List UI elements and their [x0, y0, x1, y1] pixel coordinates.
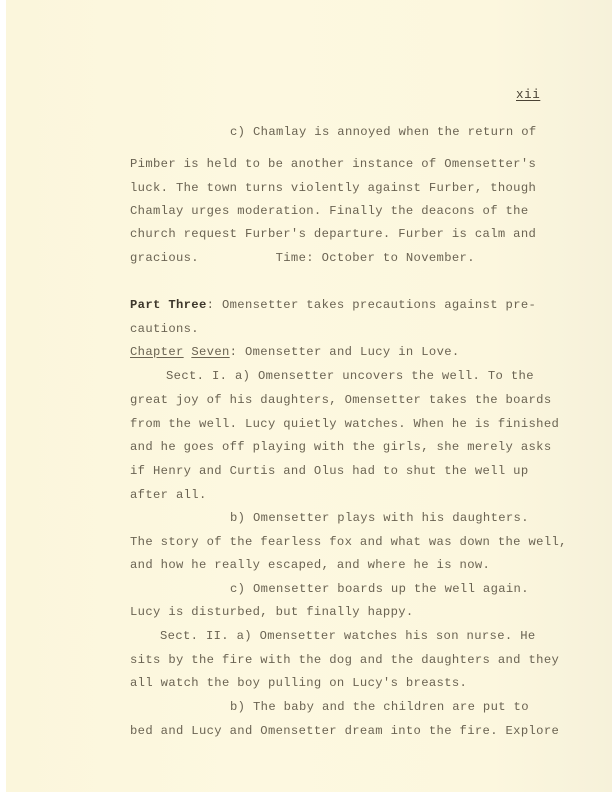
text-line: c) Omensetter boards up the well again.: [230, 582, 529, 596]
text-line: church request Furber's departure. Furbe…: [130, 227, 536, 241]
chapter-heading-line: Chapter Seven: Omensetter and Lucy in Lo…: [130, 345, 460, 359]
text-line: luck. The town turns violently against F…: [130, 181, 536, 195]
scan-margin: [0, 0, 6, 800]
part-heading-text: Omensetter takes precautions against pre…: [222, 298, 536, 312]
text-line: if Henry and Curtis and Olus had to shut…: [130, 464, 529, 478]
text-line: after all.: [130, 488, 207, 502]
page-number: xii: [516, 88, 540, 102]
text-line: cautions.: [130, 322, 199, 336]
text-line: from the well. Lucy quietly watches. Whe…: [130, 417, 559, 431]
text-line: great joy of his daughters, Omensetter t…: [130, 393, 552, 407]
text-line: Lucy is disturbed, but finally happy.: [130, 605, 414, 619]
text-line: and he goes off playing with the girls, …: [130, 440, 552, 454]
text-line: Chamlay urges moderation. Finally the de…: [130, 204, 529, 218]
text-line: bed and Lucy and Omensetter dream into t…: [130, 724, 559, 738]
chapter-heading-word: Chapter: [130, 345, 184, 359]
text-line: and how he really escaped, and where he …: [130, 558, 490, 572]
text-line: sits by the fire with the dog and the da…: [130, 653, 559, 667]
text-line: The story of the fearless fox and what w…: [130, 535, 567, 549]
text-line: Sect. II. a) Omensetter watches his son …: [160, 629, 536, 643]
text-line: all watch the boy pulling on Lucy's brea…: [130, 676, 467, 690]
part-heading-line: Part Three: Omensetter takes precautions…: [130, 298, 536, 312]
text-line: b) The baby and the children are put to: [230, 700, 529, 714]
text-line: Sect. I. a) Omensetter uncovers the well…: [166, 369, 534, 383]
text-line: Pimber is held to be another instance of…: [130, 157, 536, 171]
text-line: gracious. Time: October to November.: [130, 251, 475, 265]
chapter-heading-text: : Omensetter and Lucy in Love.: [230, 345, 460, 359]
chapter-heading-number: Seven: [191, 345, 229, 359]
text-line: c) Chamlay is annoyed when the return of: [230, 125, 537, 139]
text-line: b) Omensetter plays with his daughters.: [230, 511, 529, 525]
part-heading-label: Part Three: [130, 298, 207, 312]
part-heading-colon: :: [207, 298, 222, 312]
